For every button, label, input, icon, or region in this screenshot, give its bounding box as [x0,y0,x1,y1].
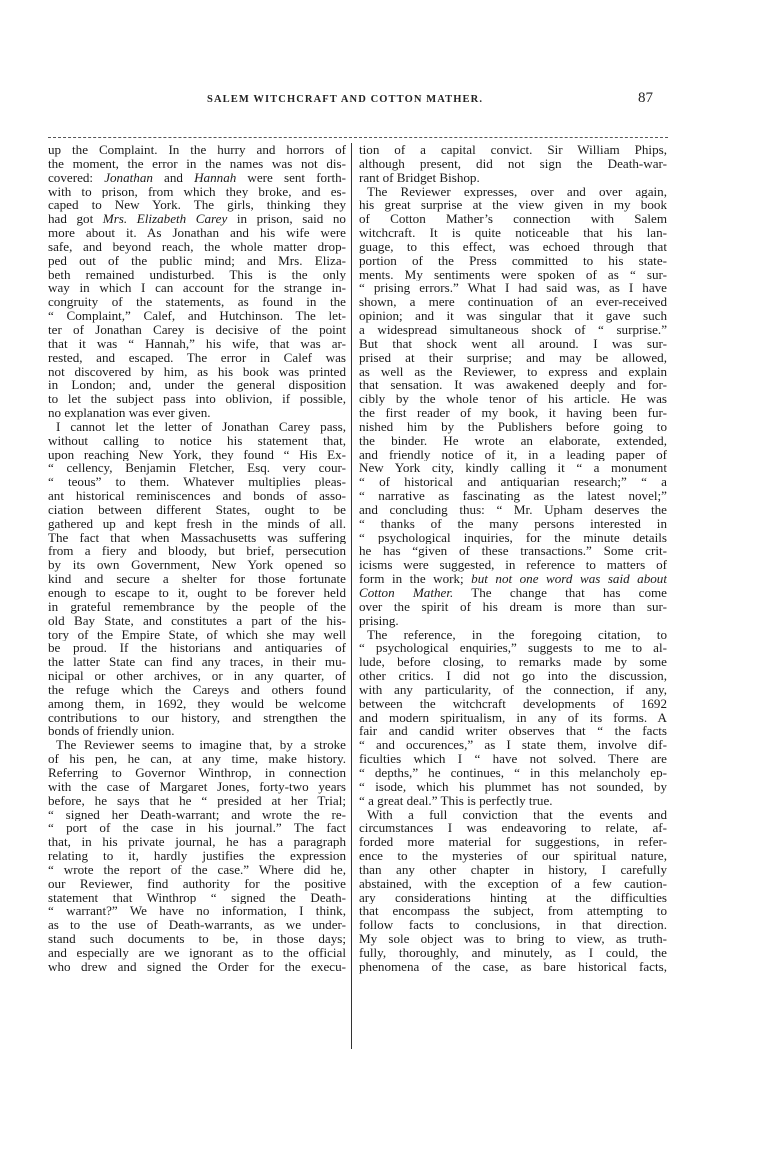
text-line: “ of historical and antiquarian research… [359,475,667,489]
text-line: rant of Bridget Bishop. [359,171,667,185]
text-line: bonds of friendly union. [48,724,346,738]
text-line: The reference, in the foregoing citation… [359,628,667,642]
italic-text: Jonathan [104,171,153,185]
column-divider [351,143,352,1049]
text-line: forded more material for suggestions, in… [359,835,667,849]
text-line: and friendly notice of it, in a leading … [359,448,667,462]
text-line: My sole object was to bring to view, as … [359,932,667,946]
text-line: without calling to notice his statement … [48,434,346,448]
text-line: not discovered by him, as his book was p… [48,365,346,379]
text-line: cibly by the whole tenor of his article.… [359,392,667,406]
text-line: as to the use of Death-warrants, as we u… [48,918,346,932]
text-line: opinion; and it was singular that it gav… [359,309,667,323]
text-line: icisms were suggested, in reference to m… [359,558,667,572]
text-line: lude, before closing, to remarks made by… [359,655,667,669]
book-page: SALEM WITCHCRAFT AND COTTON MATHER. 87 u… [0,0,776,1168]
italic-text: Mrs. Elizabeth Carey [103,212,228,226]
text-line: caped to New York. The girls, thinking t… [48,198,346,212]
text-line: with any particularity, of the connectio… [359,683,667,697]
text-line: New York city, kindly calling it “ a mon… [359,461,667,475]
text-line: safe, and beyond reach, the whole matter… [48,240,346,254]
text-line: up the Complaint. In the hurry and horro… [48,143,346,157]
text-line: old Bay State, and constitutes a part of… [48,614,346,628]
text-line: “ and occurences,” as I state them, invo… [359,738,667,752]
text-line: that it was “ Hannah,” his wife, that wa… [48,337,346,351]
text-line: that sensation. It was awakened deeply a… [359,378,667,392]
text-line: of his pen, he can, at any time, make hi… [48,752,346,766]
text-line: the binder. He wrote an elaborate, exten… [359,434,667,448]
text-line: ficulties which I “ have not solved. The… [359,752,667,766]
text-line: nished him by the Publishers before goin… [359,420,667,434]
text-line: congruity of the statements, as found in… [48,295,346,309]
text-line: fully, thoroughly, and minutely, as I co… [359,946,667,960]
text-line: But that shock went all around. I was su… [359,337,667,351]
text-line: With a full conviction that the events a… [359,808,667,822]
text-line: witchcraft. It is quite noticeable that … [359,226,667,240]
italic-text: Hannah [194,171,236,185]
italic-text: but not one word was said about [471,572,667,586]
text-line: ments. My sentiments were spoken of as “… [359,268,667,282]
text-line: and modern spiritualism, in any of its f… [359,711,667,725]
text-line: “ wrote the report of the case.” Where d… [48,863,346,877]
text-line: “ depths,” he continues, “ in this melan… [359,766,667,780]
text-line: although present, did not sign the Death… [359,157,667,171]
italic-text: Cotton Mather. [359,586,453,600]
text-line: follow facts to conclusions, in that dir… [359,918,667,932]
text-line: “ teous” to them. Whatever multiplies pl… [48,475,346,489]
text-line: “ port of the case in his journal.” The … [48,821,346,835]
text-line: a widespread simultaneous shock of “ sur… [359,323,667,337]
text-line: prised at their surprise; and may be all… [359,351,667,365]
text-line: the first reader of my book, it having b… [359,406,667,420]
text-line: be proud. If the historians and antiquar… [48,641,346,655]
text-line: The Reviewer expresses, over and over ag… [359,185,667,199]
text-line: beth remained undisturbed. This is the o… [48,268,346,282]
text-line: portion of the Press committed to his st… [359,254,667,268]
text-line: ciation between different States, ought … [48,503,346,517]
left-column: up the Complaint. In the hurry and horro… [48,143,346,974]
text-line: kind and secure a shelter for those fort… [48,572,346,586]
text-line: before, he says that he “ presided at he… [48,794,346,808]
text-line: “ prising errors.” What I had said was, … [359,281,667,295]
text-line: ped out of the public mind; and Mrs. Eli… [48,254,346,268]
text-line: guage, to this effect, was echoed throug… [359,240,667,254]
text-line: upon reaching New York, they found “ His… [48,448,346,462]
text-line: “ isode, which his plummet has not sound… [359,780,667,794]
text-line: among them, in 1692, they would be welco… [48,697,346,711]
text-line: contributions to our history, and streng… [48,711,346,725]
text-line: covered: Jonathan and Hannah were sent f… [48,171,346,185]
text-line: and concluding thus: “ Mr. Upham deserve… [359,503,667,517]
header-rule [48,137,668,138]
running-title: SALEM WITCHCRAFT AND COTTON MATHER. [207,94,483,105]
text-line: between the witchcraft developments of 1… [359,697,667,711]
text-line: ary considerations hinting at the diffic… [359,891,667,905]
text-line: as well as the Reviewer, to express and … [359,365,667,379]
text-line: gathered up and kept fresh in the minds … [48,517,346,531]
text-line: ence to the mysteries of our spiritual n… [359,849,667,863]
text-line: shown, a mere continuation of an ever-re… [359,295,667,309]
text-line: form in the work; but not one word was s… [359,572,667,586]
text-line: fair and candid writer observes that “ t… [359,724,667,738]
text-line: who drew and signed the Order for the ex… [48,960,346,974]
text-line: Referring to Governor Winthrop, in conne… [48,766,346,780]
text-line: tory of the Empire State, of which she m… [48,628,346,642]
text-line: in grateful remembrance by the people of… [48,600,346,614]
text-line: the latter State can find any traces, in… [48,655,346,669]
text-line: by its own Government, New York opened s… [48,558,346,572]
text-line: from a fiery and bloody, but brief, pers… [48,544,346,558]
text-line: “ psychological inquiries, for the minut… [359,531,667,545]
text-line: prising. [359,614,667,628]
text-line: “ a great deal.” This is perfectly true. [359,794,667,808]
text-line: of Cotton Mather’s connection with Salem [359,212,667,226]
text-line: The fact that when Massachusetts was suf… [48,531,346,545]
right-column: tion of a capital convict. Sir William P… [359,143,667,974]
text-line: “ thanks of the many persons interested … [359,517,667,531]
text-line: the moment, the error in the names was n… [48,157,346,171]
text-line: other critics. I did not go into the dis… [359,669,667,683]
text-line: ant historical reminiscences and bonds o… [48,489,346,503]
text-line: more about it. As Jonathan and his wife … [48,226,346,240]
text-line: in London; and, under the general dispos… [48,378,346,392]
text-line: “ warrant?” We have no information, I th… [48,904,346,918]
page-number: 87 [638,90,653,107]
text-line: “ signed her Death-warrant; and wrote th… [48,808,346,822]
text-line: phenomena of the case, as bare historica… [359,960,667,974]
text-line: with the case of Margaret Jones, forty-t… [48,780,346,794]
text-line: over the spirit of his dream is more tha… [359,600,667,614]
text-line: relating to it, hardly justifies the exp… [48,849,346,863]
text-line: his great surprise at the view given in … [359,198,667,212]
text-line: “ psychological enquiries,” suggests to … [359,641,667,655]
text-line: abstained, with the exception of a few c… [359,877,667,891]
text-line: “ Complaint,” Calef, and Hutchinson. The… [48,309,346,323]
text-line: statement that Winthrop “ signed the Dea… [48,891,346,905]
text-line: with to prison, from which they broke, a… [48,185,346,199]
text-line: enough to escape to it, ought to be fore… [48,586,346,600]
text-line: stand such documents to be, in those day… [48,932,346,946]
text-line: that, in his private journal, he has a p… [48,835,346,849]
text-line: that encompass the subject, from attempt… [359,904,667,918]
text-line: I cannot let the letter of Jonathan Care… [48,420,346,434]
text-line: “ narrative as fascinating as the latest… [359,489,667,503]
text-line: The Reviewer seems to imagine that, by a… [48,738,346,752]
text-line: than any other chapter in history, I car… [359,863,667,877]
text-line: “ cellency, Benjamin Fletcher, Esq. very… [48,461,346,475]
text-line: he has “given of these transactions.” So… [359,544,667,558]
text-line: no explanation was ever given. [48,406,346,420]
text-line: to let the subject pass into oblivion, i… [48,392,346,406]
text-line: our Reviewer, find authority for the pos… [48,877,346,891]
text-line: way in which I can account for the stran… [48,281,346,295]
text-line: circumstances I was endeavoring to relat… [359,821,667,835]
text-line: had got Mrs. Elizabeth Carey in prison, … [48,212,346,226]
text-line: and especially are we ignorant as to the… [48,946,346,960]
text-line: the refuge which the Careys and others f… [48,683,346,697]
text-line: nicipal or other archives, or in any qua… [48,669,346,683]
text-line: tion of a capital convict. Sir William P… [359,143,667,157]
text-line: ter of Jonathan Carey is decisive of the… [48,323,346,337]
text-line: rested, and escaped. The error in Calef … [48,351,346,365]
text-line: Cotton Mather. The change that has come [359,586,667,600]
